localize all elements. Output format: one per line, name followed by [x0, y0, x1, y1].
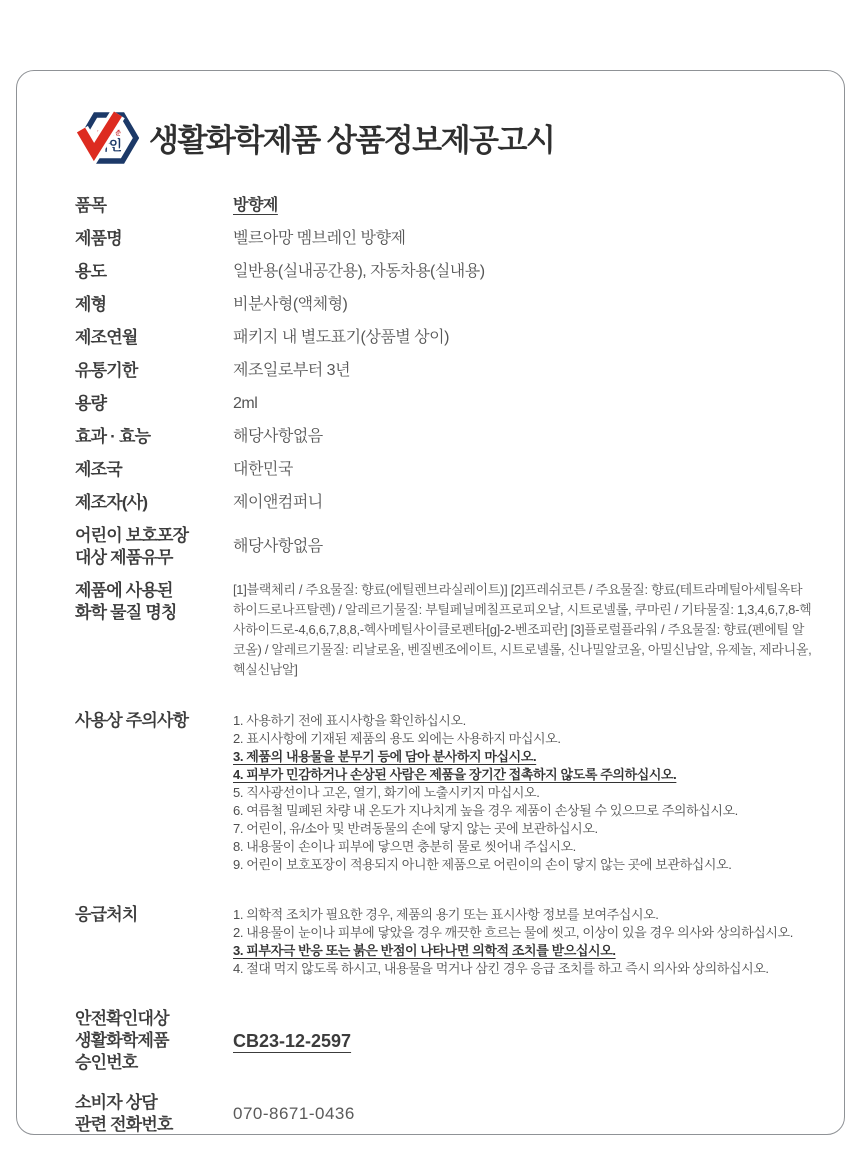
- field-value: 대한민국: [233, 459, 814, 481]
- field-row-manufacture-date: 제조연월 패키지 내 별도표기(상품별 상이): [75, 327, 814, 349]
- field-label: 제조자(사): [75, 492, 233, 514]
- list-item: 5. 직사광선이나 고온, 열기, 화기에 노출시키지 마십시오.: [233, 784, 814, 802]
- field-label: 제조연월: [75, 327, 233, 349]
- list-item: 2. 표시사항에 기재된 제품의 용도 외에는 사용하지 마십시오.: [233, 730, 814, 748]
- field-label: 제형: [75, 294, 233, 316]
- list-item: 1. 사용하기 전에 표시사항을 확인하십시오.: [233, 712, 814, 730]
- field-row-child-packaging: 어린이 보호포장 대상 제품유무 해당사항없음: [75, 525, 814, 569]
- field-value: 벨르아망 멤브레인 방향제: [233, 228, 814, 250]
- field-row-chemicals: 제품에 사용된 화학 물질 명칭 [1]블랙체리 / 주요물질: 향료(에틸렌브…: [75, 580, 814, 680]
- precautions-list: 1. 사용하기 전에 표시사항을 확인하십시오. 2. 표시사항에 기재된 제품…: [233, 710, 814, 874]
- field-label: 품목: [75, 195, 233, 217]
- field-value: 제이앤컴퍼니: [233, 492, 814, 514]
- field-value: 패키지 내 별도표기(상품별 상이): [233, 327, 814, 349]
- section-precautions: 사용상 주의사항 1. 사용하기 전에 표시사항을 확인하십시오. 2. 표시사…: [75, 710, 814, 874]
- contact-phone: 070-8671-0436: [233, 1103, 814, 1125]
- field-label: 효과 · 효능: [75, 426, 233, 448]
- page: 안전기준 확인 생활화학제품 상품정보제공고시 품목 방향제 제품명 벨르아망 …: [0, 0, 860, 1150]
- field-row-volume: 용량 2ml: [75, 393, 814, 415]
- field-row-form-type: 제형 비분사형(액체형): [75, 294, 814, 316]
- approval-number: CB23-12-2597: [233, 1030, 814, 1052]
- field-label: 용량: [75, 393, 233, 415]
- field-label: 안전확인대상 생활화학제품 승인번호: [75, 1008, 233, 1074]
- field-label: 제조국: [75, 459, 233, 481]
- field-value: 일반용(실내공간용), 자동차용(실내용): [233, 261, 814, 283]
- field-value: 제조일로부터 3년: [233, 360, 814, 382]
- field-row-approval-number: 안전확인대상 생활화학제품 승인번호 CB23-12-2597: [75, 1008, 814, 1074]
- list-item: 7. 어린이, 유/소아 및 반려동물의 손에 닿지 않는 곳에 보관하십시오.: [233, 820, 814, 838]
- field-row-product-name: 제품명 벨르아망 멤브레인 방향제: [75, 228, 814, 250]
- field-label: 유통기한: [75, 360, 233, 382]
- field-value: 비분사형(액체형): [233, 294, 814, 316]
- safety-check-mark-icon: 안전기준 확인: [75, 105, 139, 169]
- field-row-efficacy: 효과 · 효능 해당사항없음: [75, 426, 814, 448]
- field-row-shelf-life: 유통기한 제조일로부터 3년: [75, 360, 814, 382]
- field-row-usage: 용도 일반용(실내공간용), 자동차용(실내용): [75, 261, 814, 283]
- field-value: 방향제: [233, 195, 814, 217]
- list-item: 2. 내용물이 눈이나 피부에 닿았을 경우 깨끗한 흐르는 물에 씻고, 이상…: [233, 924, 814, 942]
- field-label: 어린이 보호포장 대상 제품유무: [75, 525, 233, 569]
- field-label: 제품에 사용된 화학 물질 명칭: [75, 580, 233, 624]
- list-item: 9. 어린이 보호포장이 적용되지 아니한 제품으로 어린이의 손이 닿지 않는…: [233, 856, 814, 874]
- page-title: 생활화학제품 상품정보제공고시: [149, 115, 554, 160]
- product-info-card: 안전기준 확인 생활화학제품 상품정보제공고시 품목 방향제 제품명 벨르아망 …: [16, 70, 845, 1135]
- field-row-contact-phone: 소비자 상담 관련 전화번호 070-8671-0436: [75, 1092, 814, 1135]
- list-item: 3. 제품의 내용물을 분무기 등에 담아 분사하지 마십시오.: [233, 748, 814, 766]
- field-row-manufacturer: 제조자(사) 제이앤컴퍼니: [75, 492, 814, 514]
- first-aid-list: 1. 의학적 조치가 필요한 경우, 제품의 용기 또는 표시사항 정보를 보여…: [233, 904, 814, 978]
- field-label: 용도: [75, 261, 233, 283]
- section-label: 사용상 주의사항: [75, 710, 233, 732]
- section-first-aid: 응급처치 1. 의학적 조치가 필요한 경우, 제품의 용기 또는 표시사항 정…: [75, 904, 814, 978]
- list-item: 3. 피부자극 반응 또는 붉은 반점이 나타나면 의학적 조치를 받으십시오.: [233, 942, 814, 960]
- field-value: 해당사항없음: [233, 426, 814, 448]
- field-row-country: 제조국 대한민국: [75, 459, 814, 481]
- field-row-item-type: 품목 방향제: [75, 195, 814, 217]
- field-label: 소비자 상담 관련 전화번호: [75, 1092, 233, 1135]
- list-item: 4. 절대 먹지 않도록 하시고, 내용물을 먹거나 삼킨 경우 응급 조치를 …: [233, 960, 814, 978]
- section-label: 응급처치: [75, 904, 233, 926]
- field-value: 2ml: [233, 393, 814, 415]
- field-value: 해당사항없음: [233, 536, 814, 558]
- list-item: 6. 여름철 밀폐된 차량 내 온도가 지나치게 높을 경우 제품이 손상될 수…: [233, 802, 814, 820]
- header: 안전기준 확인 생활화학제품 상품정보제공고시: [75, 105, 814, 169]
- list-item: 8. 내용물이 손이나 피부에 닿으면 충분히 물로 씻어내 주십시오.: [233, 838, 814, 856]
- list-item: 1. 의학적 조치가 필요한 경우, 제품의 용기 또는 표시사항 정보를 보여…: [233, 906, 814, 924]
- list-item: 4. 피부가 민감하거나 손상된 사람은 제품을 장기간 접촉하지 않도록 주의…: [233, 766, 814, 784]
- chemicals-text: [1]블랙체리 / 주요물질: 향료(에틸렌브라실레이트)] [2]프레쉬코튼 …: [233, 580, 814, 680]
- field-label: 제품명: [75, 228, 233, 250]
